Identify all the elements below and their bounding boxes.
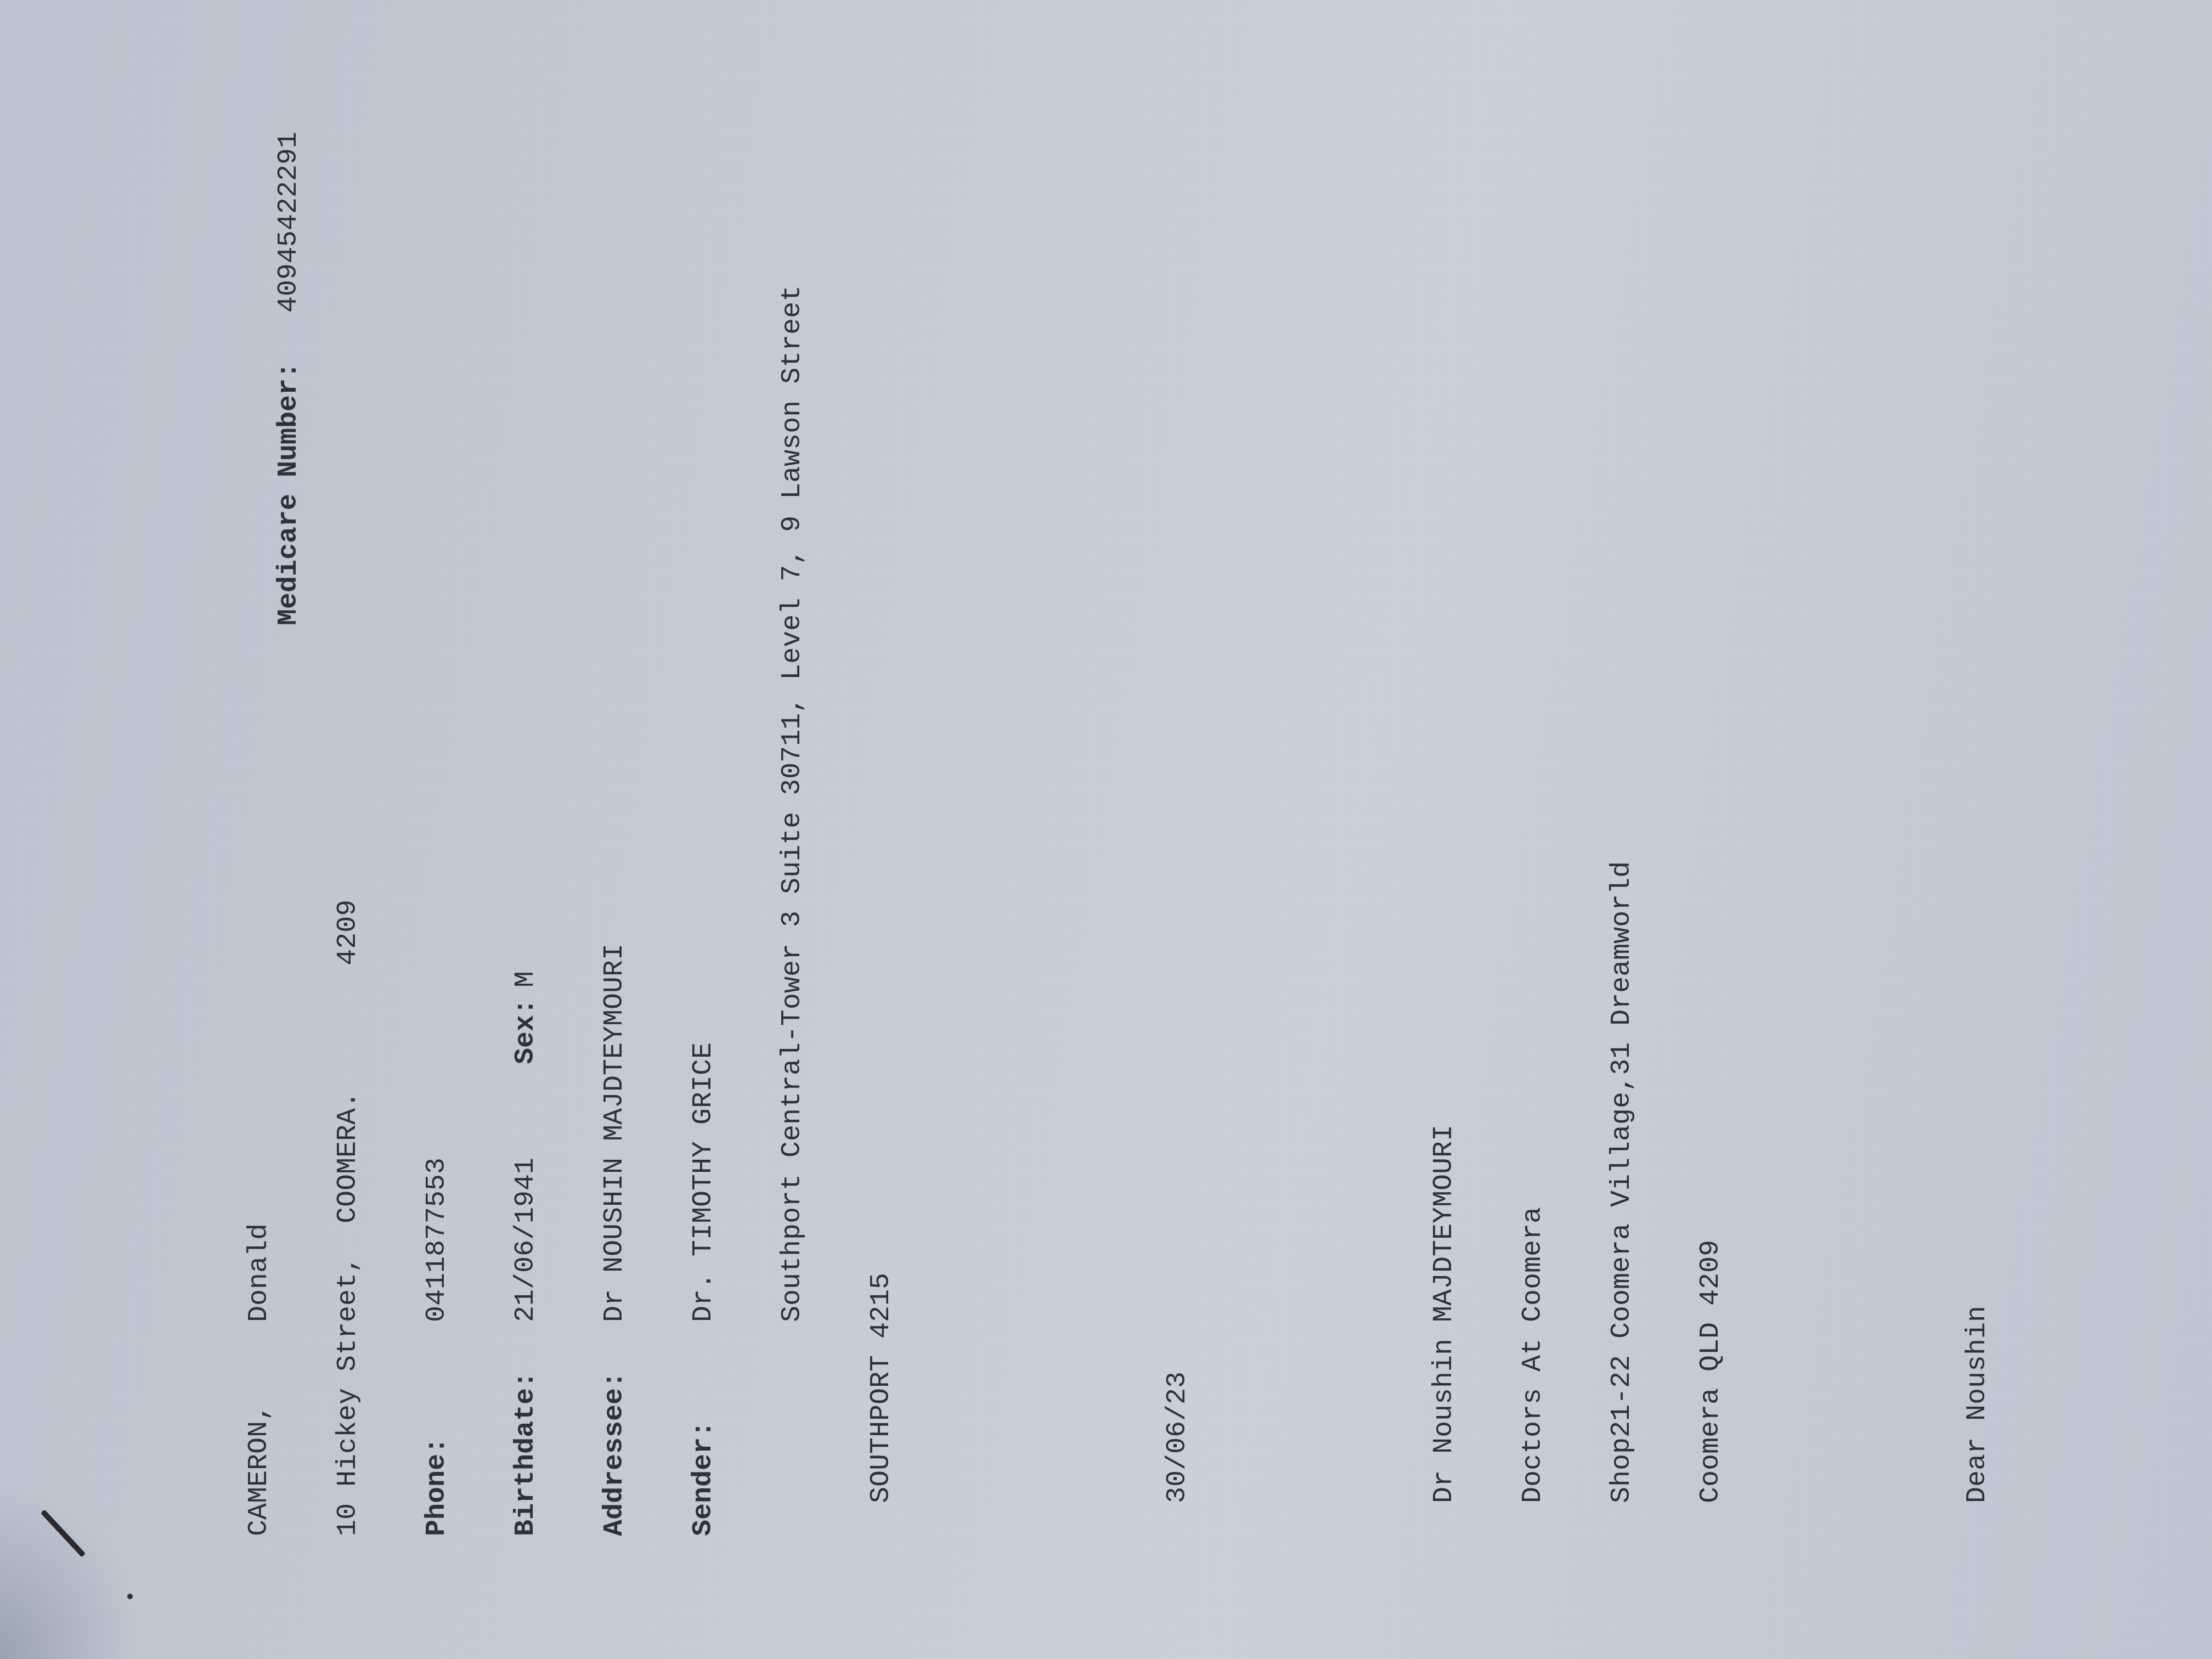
- phone-value: 0411877553: [422, 1158, 452, 1322]
- re-block: Mr Donald CAMERON ("Gordon") 10 Hickey S…: [2170, 11, 2212, 1536]
- patient-postcode: 4209: [334, 900, 363, 966]
- speck: [127, 1594, 133, 1599]
- recipient-address-1: Shop21-22 Coomera Village,31 Dreamworld: [1607, 11, 1637, 1503]
- patient-surname: CAMERON,: [245, 1322, 274, 1536]
- sender-label: Sender:: [689, 1322, 719, 1536]
- recipient-block: Dr Noushin MAJDTEYMOURI Doctors At Coome…: [1370, 11, 1785, 1536]
- letter-document: CAMERON, Donald 10 Hickey Street, COOMER…: [126, 11, 2212, 1536]
- birthdate-value: 21/06/1941: [511, 1064, 541, 1322]
- birthdate-label: Birthdate:: [511, 1322, 541, 1536]
- letter-date: 30/06/23: [1163, 11, 1193, 1536]
- sender-address-2: SOUTHPORT 4215: [867, 1273, 896, 1503]
- addressee-value: Dr NOUSHIN MAJDTEYMOURI: [600, 944, 630, 1322]
- recipient-address-2: Coomera QLD 4209: [1696, 11, 1726, 1503]
- patient-header: CAMERON, Donald 10 Hickey Street, COOMER…: [185, 11, 985, 1536]
- medicare-label: Medicare Number:: [274, 313, 304, 625]
- sender-address-1: Southport Central-Tower 3 Suite 30711, L…: [778, 285, 808, 1322]
- sender-value: Dr. TIMOTHY GRICE: [689, 1042, 719, 1322]
- recipient-practice: Doctors At Coomera: [1519, 11, 1548, 1503]
- salutation: Dear Noushin: [1963, 11, 1993, 1536]
- patient-address: 10 Hickey Street, COOMERA.: [334, 1092, 363, 1536]
- sex-label: Sex:: [511, 988, 541, 1064]
- page-shadow: [0, 1481, 143, 1659]
- sex-value: M: [511, 971, 541, 988]
- phone-label: Phone:: [422, 1322, 452, 1536]
- patient-given-name: Donald: [245, 1223, 274, 1322]
- recipient-name: Dr Noushin MAJDTEYMOURI: [1430, 11, 1459, 1503]
- medicare-number: 40945422291: [274, 132, 304, 313]
- addressee-label: Addressee:: [600, 1322, 630, 1536]
